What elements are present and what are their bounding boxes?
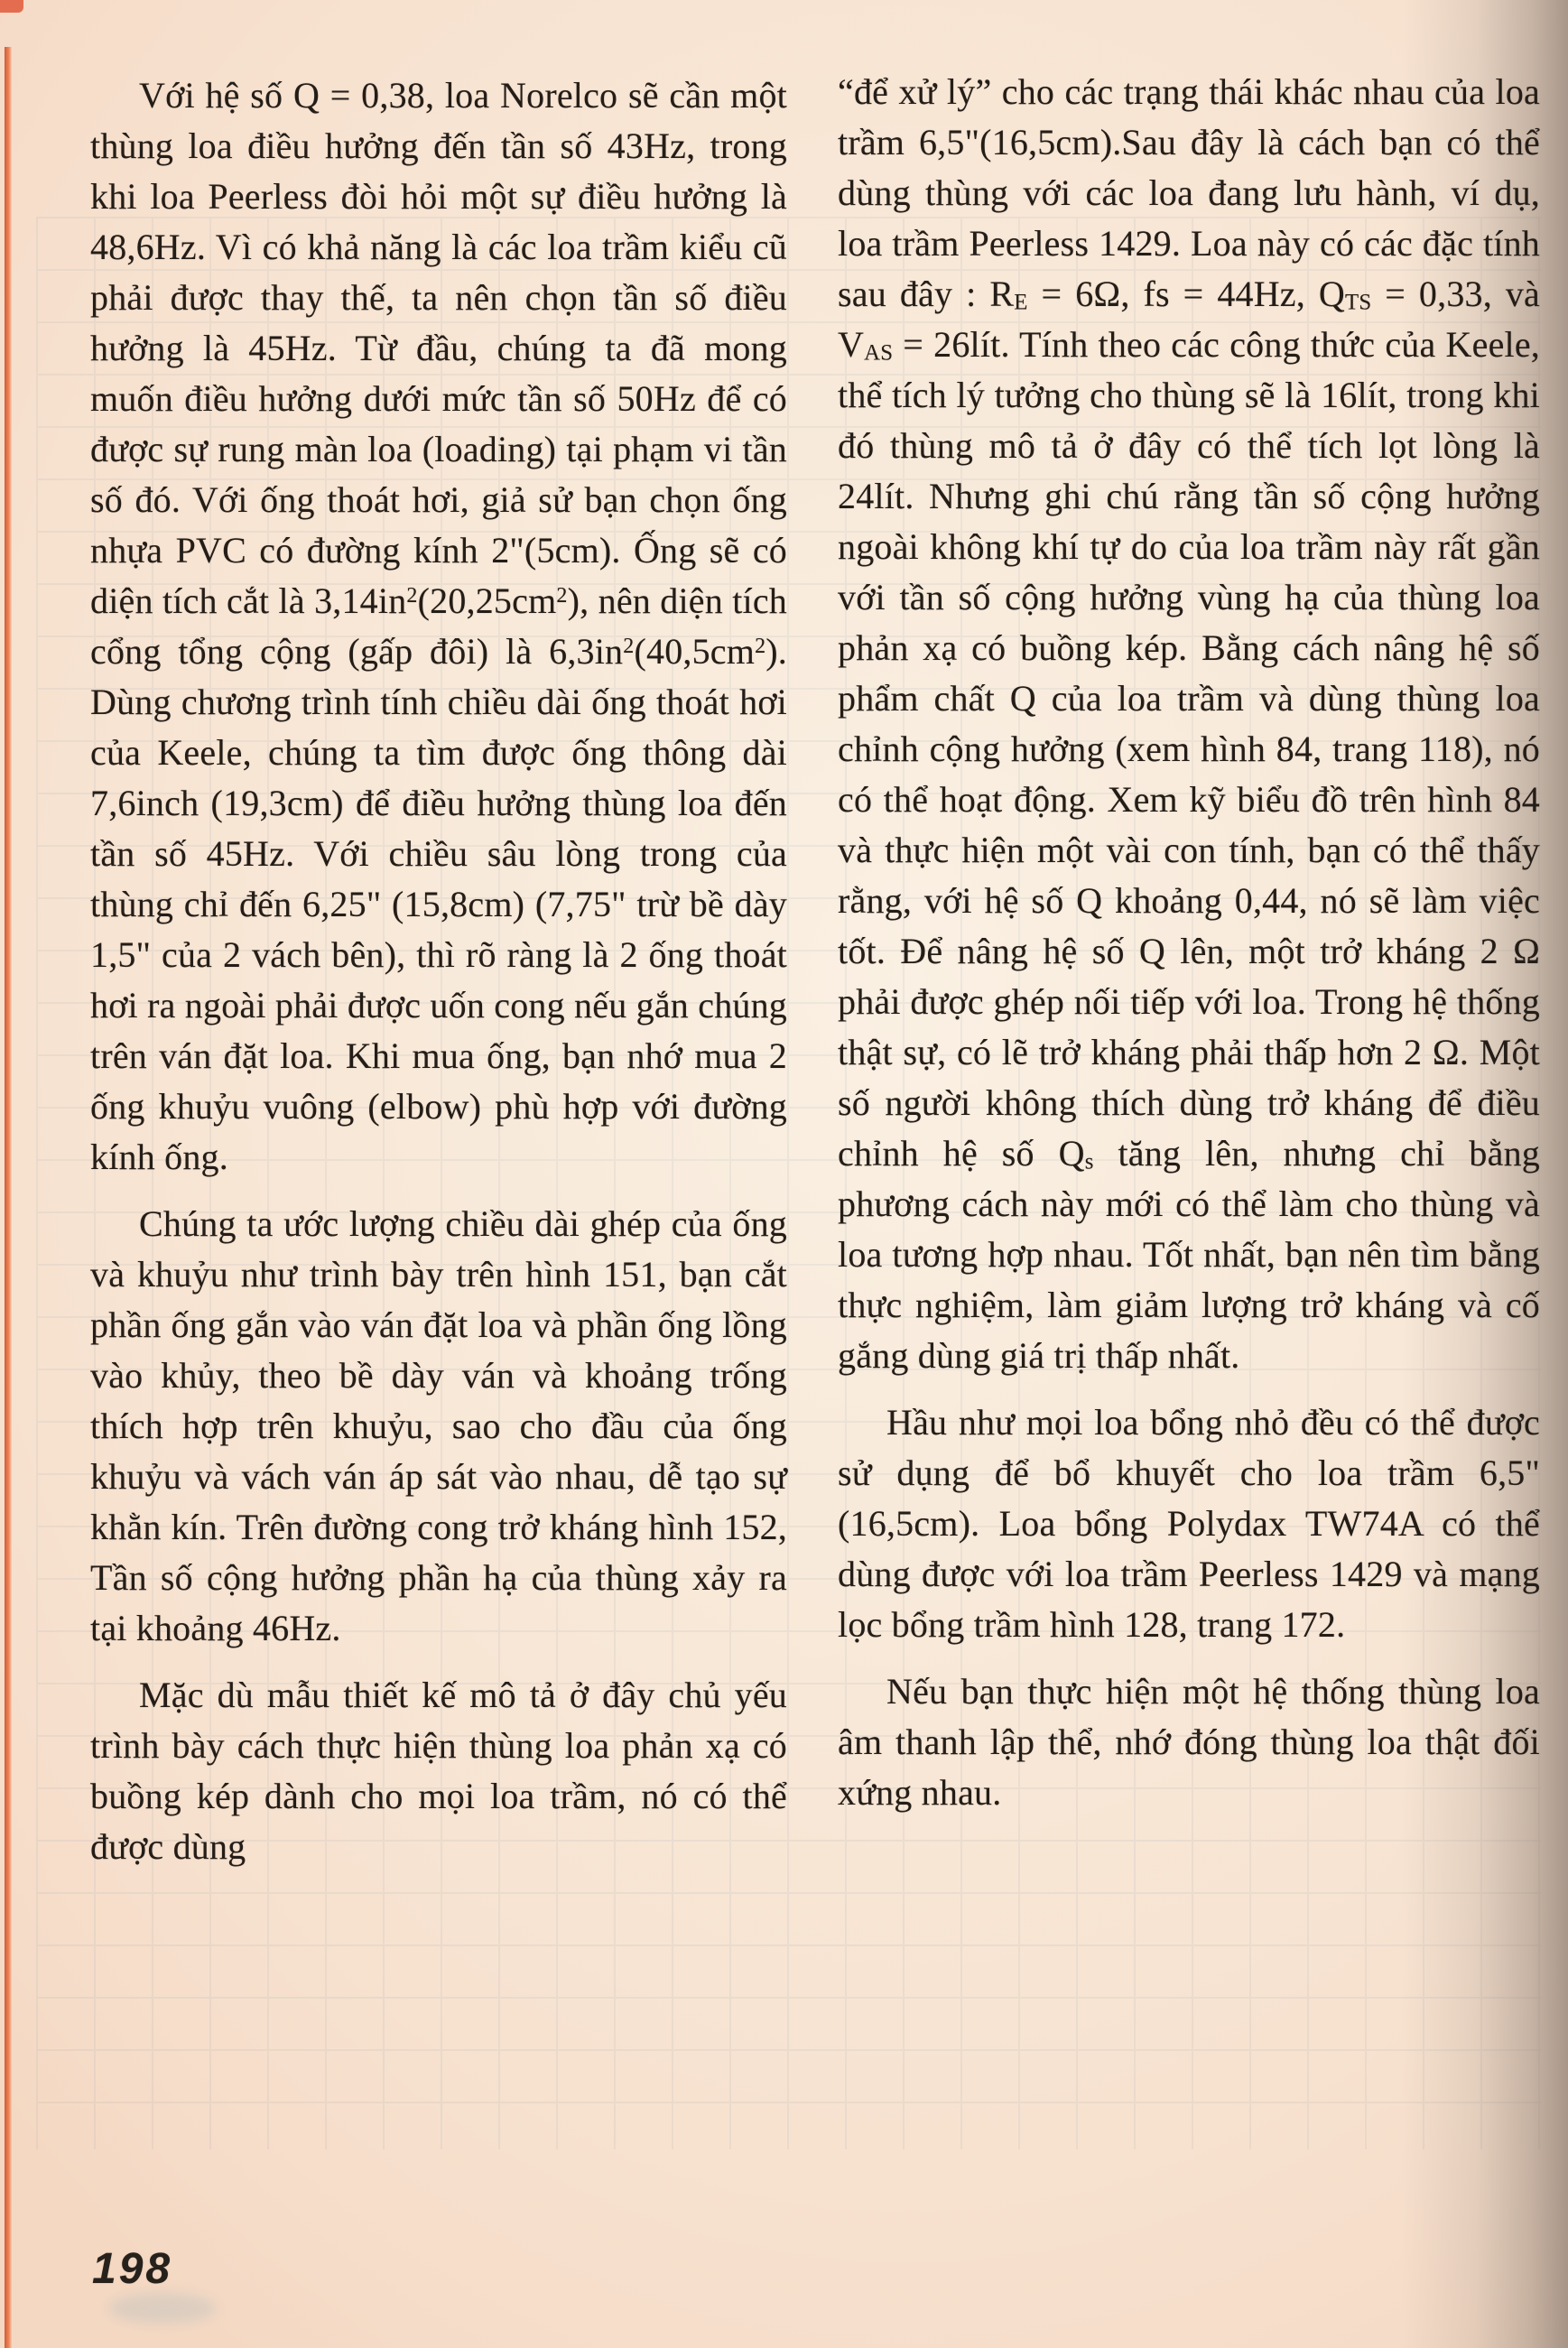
paragraph: Hầu như mọi loa bổng nhỏ đều có thể được… bbox=[838, 1397, 1540, 1650]
paragraph: Nếu bạn thực hiện một hệ thống thùng loa… bbox=[838, 1666, 1540, 1818]
ink-smudge bbox=[108, 2293, 217, 2324]
paragraph: Chúng ta ước lượng chiều dài ghép của ốn… bbox=[90, 1199, 787, 1654]
paragraph: Với hệ số Q = 0,38, loa Norelco sẽ cần m… bbox=[90, 70, 787, 1183]
page-left-edge-scan-line bbox=[5, 47, 12, 2348]
page-number: 198 bbox=[92, 2244, 172, 2294]
text-column-right: “để xử lý” cho các trạng thái khác nhau … bbox=[838, 67, 1540, 1834]
text-column-left: Với hệ số Q = 0,38, loa Norelco sẽ cần m… bbox=[90, 70, 787, 1889]
page-corner-scan-mark bbox=[0, 0, 23, 13]
paragraph: Mặc dù mẫu thiết kế mô tả ở đây chủ yếu … bbox=[90, 1670, 787, 1872]
paragraph: “để xử lý” cho các trạng thái khác nhau … bbox=[838, 67, 1540, 1381]
